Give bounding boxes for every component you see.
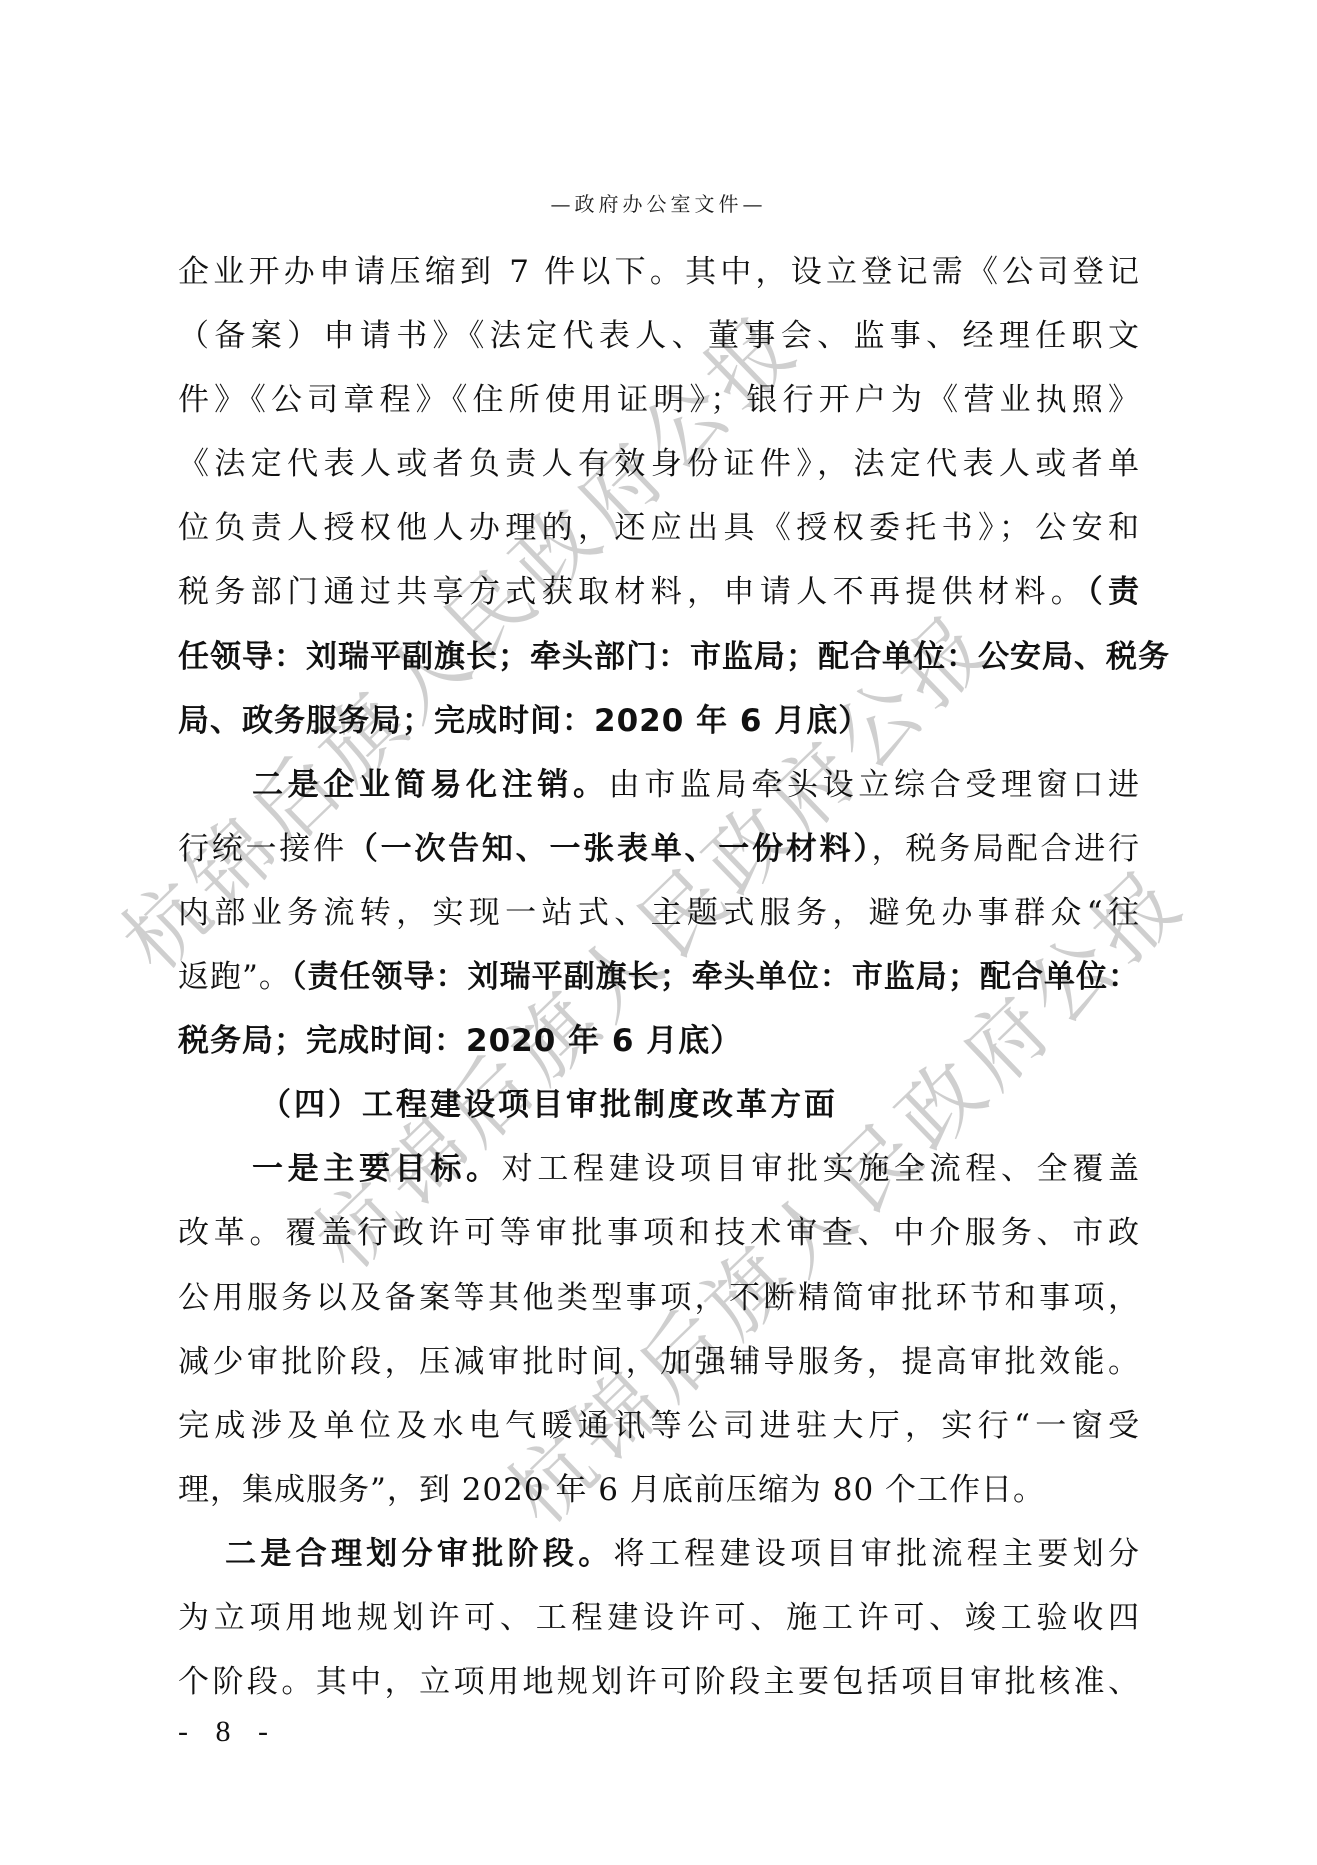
text-segment: 将工程建设项目审批流程主要划分 <box>614 1536 1140 1572</box>
text-line: 减少审批阶段，压减审批时间，加强辅导服务，提高审批效能。 <box>178 1330 1140 1394</box>
text-line: 《法定代表人或者负责人有效身份证件》，法定代表人或者单 <box>178 432 1140 496</box>
text-segment: 内部业务流转，实现一站式、主题式服务，避免办事群众“往 <box>178 895 1140 931</box>
bold-text-segment: 税务局；完成时间：2020 年 6 月底） <box>178 1023 742 1059</box>
bold-text-segment: 任领导：刘瑞平副旗长；牵头部门：市监局；配合单位：公安局、税务 <box>178 639 1170 675</box>
text-line: 完成涉及单位及水电气暖通讯等公司进驻大厅，实行“一窗受 <box>178 1394 1140 1458</box>
bold-text-segment: 一是主要目标。 <box>252 1151 502 1187</box>
text-line: 件》《公司章程》《住所使用证明》；银行开户为《营业执照》 <box>178 368 1140 432</box>
text-line: （备案）申请书》《法定代表人、董事会、监事、经理任职文 <box>178 304 1140 368</box>
text-segment: 公用服务以及备案等其他类型事项，不断精简审批环节和事项， <box>178 1280 1140 1316</box>
text-line: 内部业务流转，实现一站式、主题式服务，避免办事群众“往 <box>178 881 1140 945</box>
text-segment: 个阶段。其中，立项用地规划许可阶段主要包括项目审批核准、 <box>178 1664 1140 1700</box>
text-line: 税务局；完成时间：2020 年 6 月底） <box>178 1009 1140 1073</box>
text-segment: （备案）申请书》《法定代表人、董事会、监事、经理任职文 <box>178 318 1140 354</box>
bold-text-segment: （责任领导：刘瑞平副旗长；牵头单位：市监局；配合单位： <box>291 959 1140 995</box>
text-segment: ，税务局配合进行 <box>872 831 1140 867</box>
text-line: 税务部门通过共享方式获取材料，申请人不再提供材料。（责 <box>178 560 1140 624</box>
text-segment: 件》《公司章程》《住所使用证明》；银行开户为《营业执照》 <box>178 382 1140 418</box>
text-line: 改革。覆盖行政许可等审批事项和技术审查、中介服务、市政 <box>178 1201 1140 1265</box>
text-line: 二是合理划分审批阶段。将工程建设项目审批流程主要划分 <box>178 1522 1140 1586</box>
text-segment: 位负责人授权他人办理的，还应出具《授权委托书》；公安和 <box>178 510 1140 546</box>
text-line: 一是主要目标。对工程建设项目审批实施全流程、全覆盖 <box>178 1137 1140 1201</box>
text-segment: 税务部门通过共享方式获取材料，申请人不再提供材料。 <box>178 574 1087 610</box>
text-segment: 行统一接件 <box>178 831 347 867</box>
text-segment: 由市监局牵头设立综合受理窗口进 <box>609 767 1140 803</box>
text-line: 二是企业简易化注销。由市监局牵头设立综合受理窗口进 <box>178 753 1140 817</box>
running-header: —政府办公室文件— <box>0 190 1317 218</box>
bold-text-segment: 二是合理划分审批阶段。 <box>225 1536 614 1572</box>
text-line: 任领导：刘瑞平副旗长；牵头部门：市监局；配合单位：公安局、税务 <box>178 625 1140 689</box>
text-segment: 改革。覆盖行政许可等审批事项和技术审查、中介服务、市政 <box>178 1215 1140 1251</box>
text-segment: 企业开办申请压缩到 7 件以下。其中，设立登记需《公司登记 <box>178 254 1140 290</box>
text-line: 个阶段。其中，立项用地规划许可阶段主要包括项目审批核准、 <box>178 1650 1140 1714</box>
bold-text-segment: （责 <box>1087 574 1140 610</box>
page-number: - 8 - <box>178 1712 278 1752</box>
bold-text-segment: 局、政务服务局；完成时间：2020 年 6 月底） <box>178 703 870 739</box>
text-line: 局、政务服务局；完成时间：2020 年 6 月底） <box>178 689 1140 753</box>
bold-text-segment: 二是企业简易化注销。 <box>252 767 609 803</box>
text-segment: 《法定代表人或者负责人有效身份证件》，法定代表人或者单 <box>178 446 1140 482</box>
bold-text-segment: （一次告知、一张表单、一份材料） <box>347 831 872 867</box>
document-page: —政府办公室文件— 杭锦后旗人民政府公报杭锦后旗人民政府公报杭锦后旗人民政府公报… <box>0 0 1317 1865</box>
text-line: 位负责人授权他人办理的，还应出具《授权委托书》；公安和 <box>178 496 1140 560</box>
text-segment: 理，集成服务”，到 2020 年 6 月底前压缩为 80 个工作日。 <box>178 1472 1045 1508</box>
text-line: 企业开办申请压缩到 7 件以下。其中，设立登记需《公司登记 <box>178 240 1140 304</box>
text-line: 为立项用地规划许可、工程建设许可、施工许可、竣工验收四 <box>178 1586 1140 1650</box>
text-line: 行统一接件（一次告知、一张表单、一份材料），税务局配合进行 <box>178 817 1140 881</box>
text-line: （四）工程建设项目审批制度改革方面 <box>178 1073 1140 1137</box>
body-text: 企业开办申请压缩到 7 件以下。其中，设立登记需《公司登记（备案）申请书》《法定… <box>178 240 1140 1714</box>
text-segment: 减少审批阶段，压减审批时间，加强辅导服务，提高审批效能。 <box>178 1344 1140 1380</box>
text-line: 理，集成服务”，到 2020 年 6 月底前压缩为 80 个工作日。 <box>178 1458 1140 1522</box>
text-segment: 完成涉及单位及水电气暖通讯等公司进驻大厅，实行“一窗受 <box>178 1408 1140 1444</box>
text-segment: 为立项用地规划许可、工程建设许可、施工许可、竣工验收四 <box>178 1600 1140 1636</box>
text-line: 公用服务以及备案等其他类型事项，不断精简审批环节和事项， <box>178 1266 1140 1330</box>
text-line: 返跑”。（责任领导：刘瑞平副旗长；牵头单位：市监局；配合单位： <box>178 945 1140 1009</box>
text-segment: 对工程建设项目审批实施全流程、全覆盖 <box>502 1151 1140 1187</box>
text-segment: 返跑”。 <box>178 959 291 995</box>
bold-text-segment: （四）工程建设项目审批制度改革方面 <box>260 1087 838 1123</box>
